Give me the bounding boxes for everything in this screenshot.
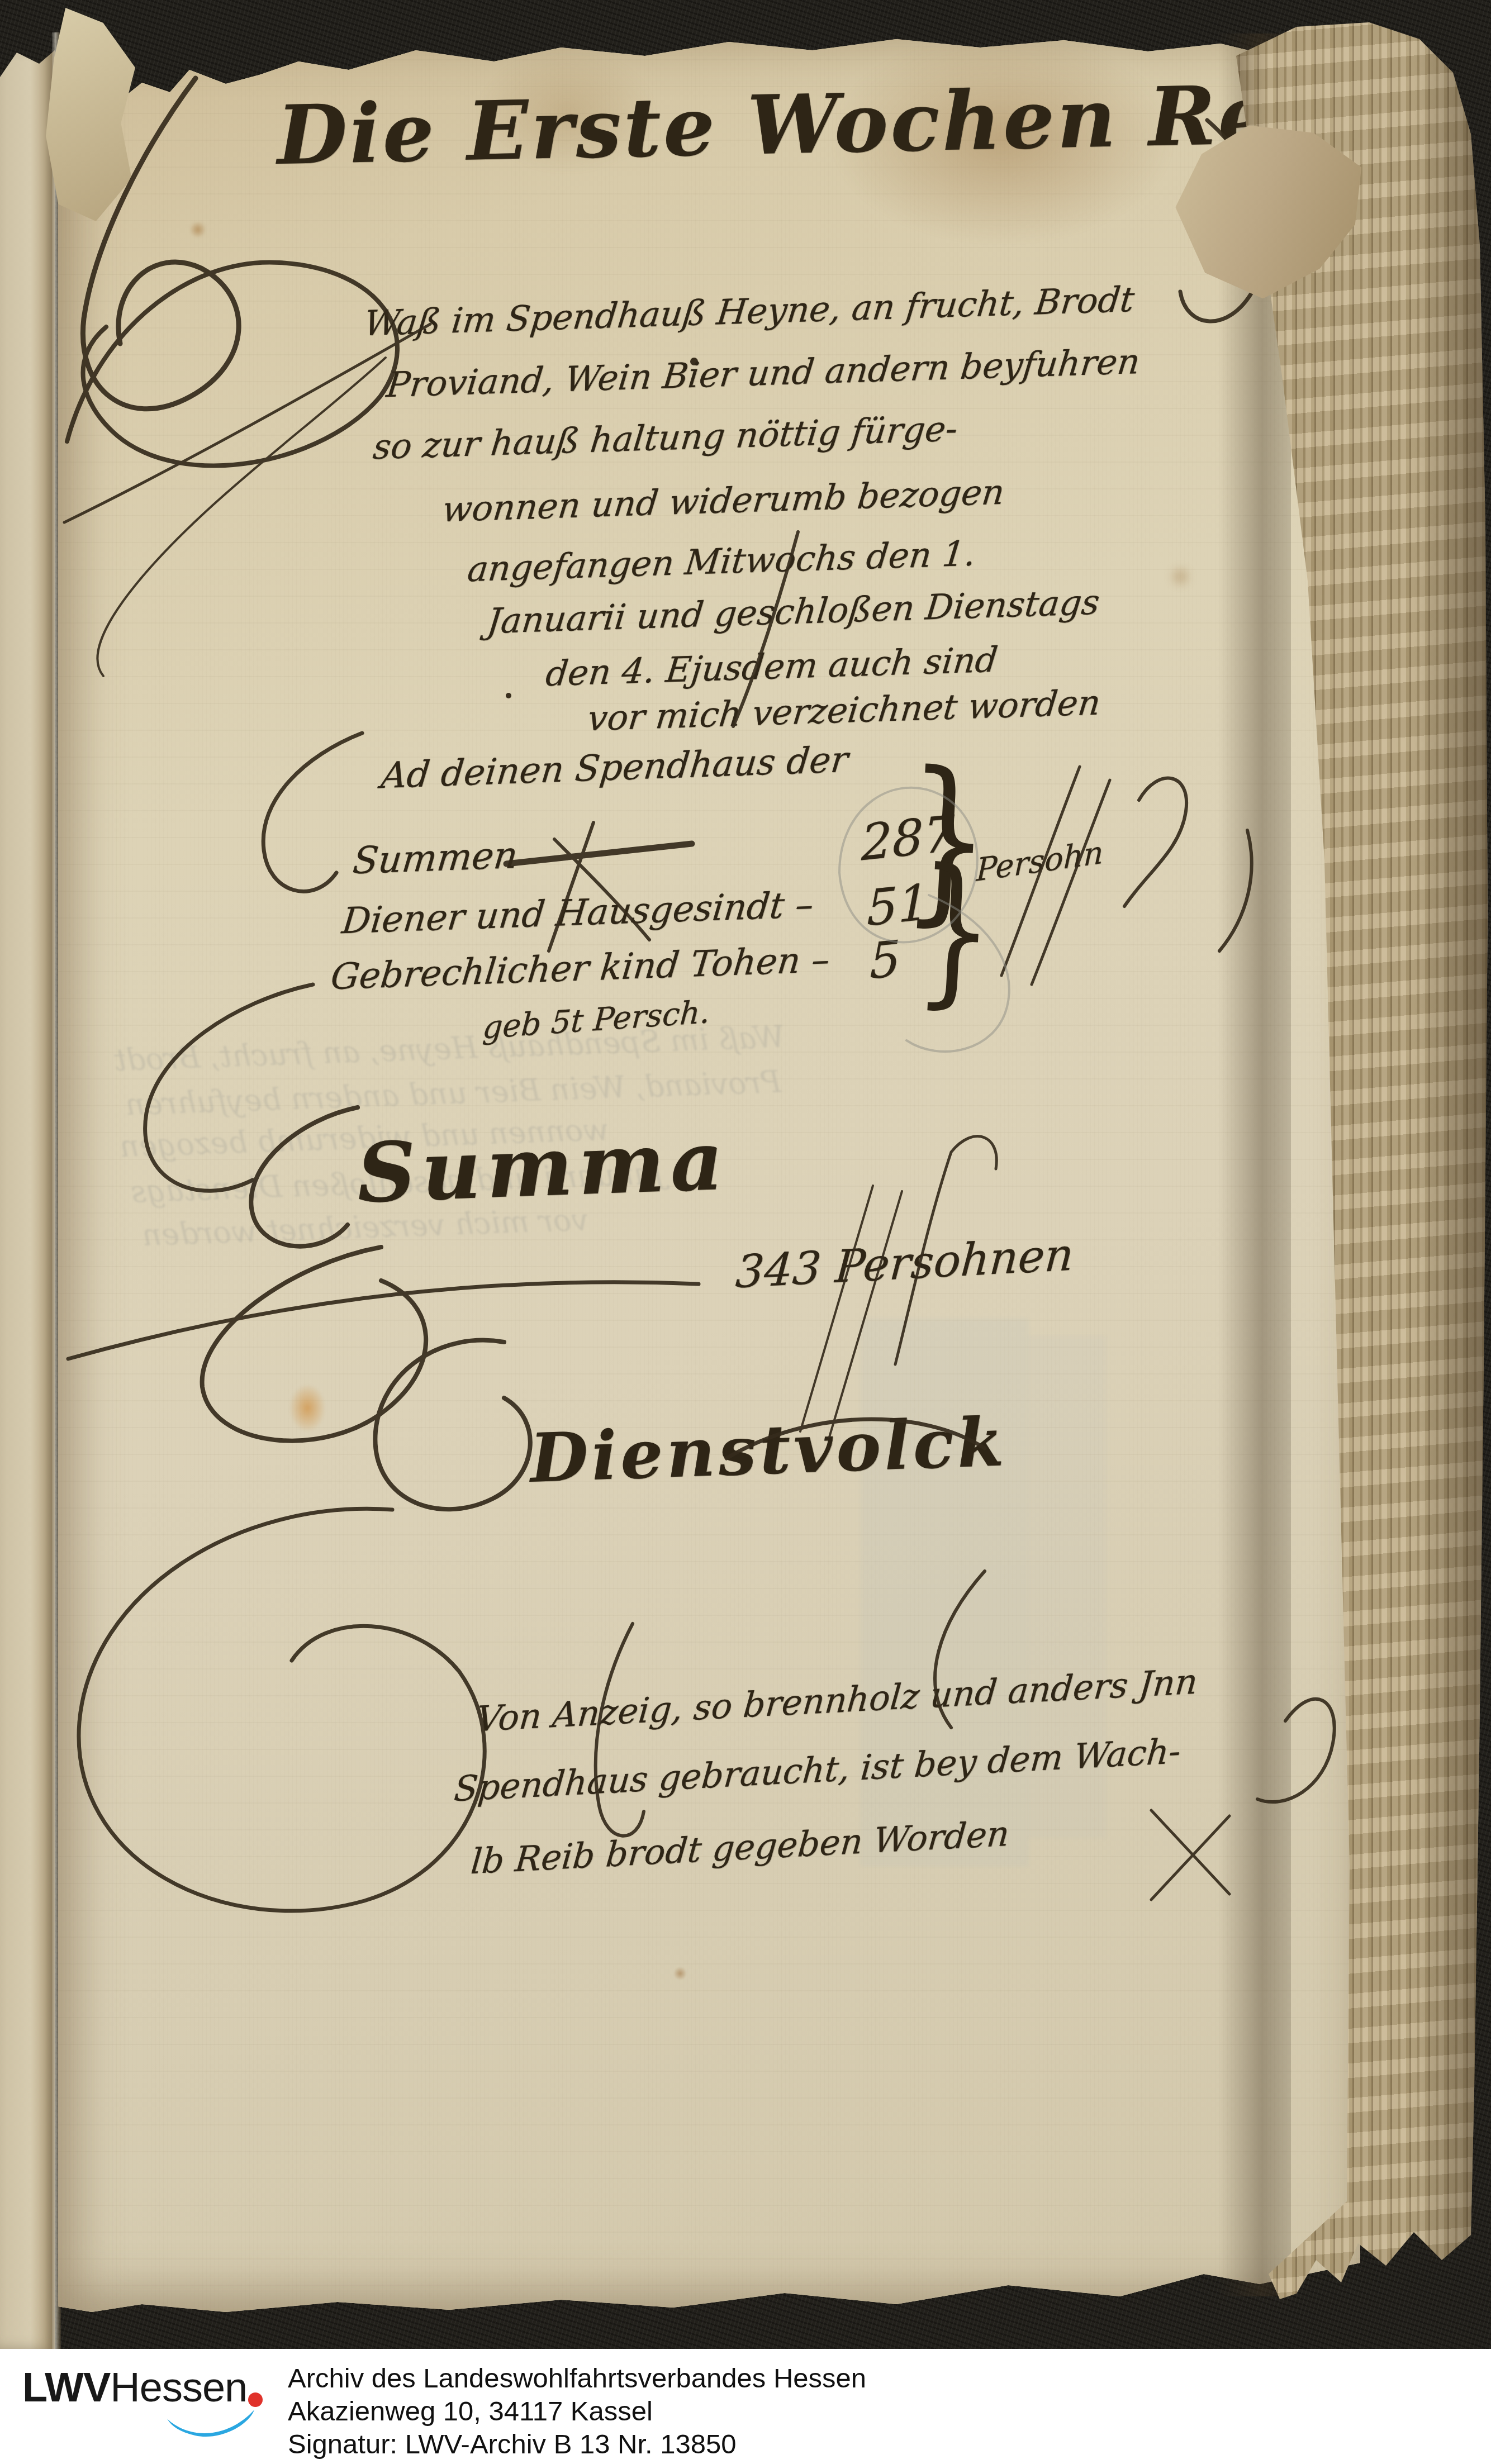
account-entry-label: Summen xyxy=(351,834,520,883)
archive-info-line: Signatur: LWV-Archiv B 13 Nr. 13850 xyxy=(288,2428,866,2461)
stain xyxy=(673,1967,687,1980)
summa-label: Summa xyxy=(355,1113,730,1221)
facing-page-edge xyxy=(0,47,55,2349)
manuscript-page: Waß im Spendhauß Heyne, an frucht, Brodt… xyxy=(58,17,1360,2312)
logo-text-bold: LWV xyxy=(22,2364,110,2410)
logo-dot-icon xyxy=(248,2392,263,2407)
archive-info-line: Akazienweg 10, 34117 Kassel xyxy=(288,2395,866,2428)
section-heading: Dienstvolck xyxy=(529,1402,1008,1498)
account-entry-value: 5 xyxy=(870,929,901,990)
torn-paper-fragment xyxy=(46,8,135,221)
ink-dot xyxy=(506,693,511,698)
archival-scan: { "manuscript": { "title": "Die Erste Wo… xyxy=(0,0,1491,2464)
logo-swoosh-icon xyxy=(165,2408,257,2442)
archive-banner: LWVHessen Archiv des Landeswohlfahrtsver… xyxy=(0,2349,1491,2464)
stain xyxy=(190,221,206,239)
gutter-shadow xyxy=(1218,34,1291,2296)
archive-info-line: Archiv des Landeswohlfahrtsverbandes Hes… xyxy=(288,2362,866,2395)
logo-text-light: Hessen xyxy=(110,2364,247,2410)
stain xyxy=(289,1385,325,1431)
archive-info: Archiv des Landeswohlfahrtsverbandes Hes… xyxy=(288,2362,866,2461)
lwv-logo: LWVHessen xyxy=(22,2363,247,2411)
stain xyxy=(1168,564,1193,589)
